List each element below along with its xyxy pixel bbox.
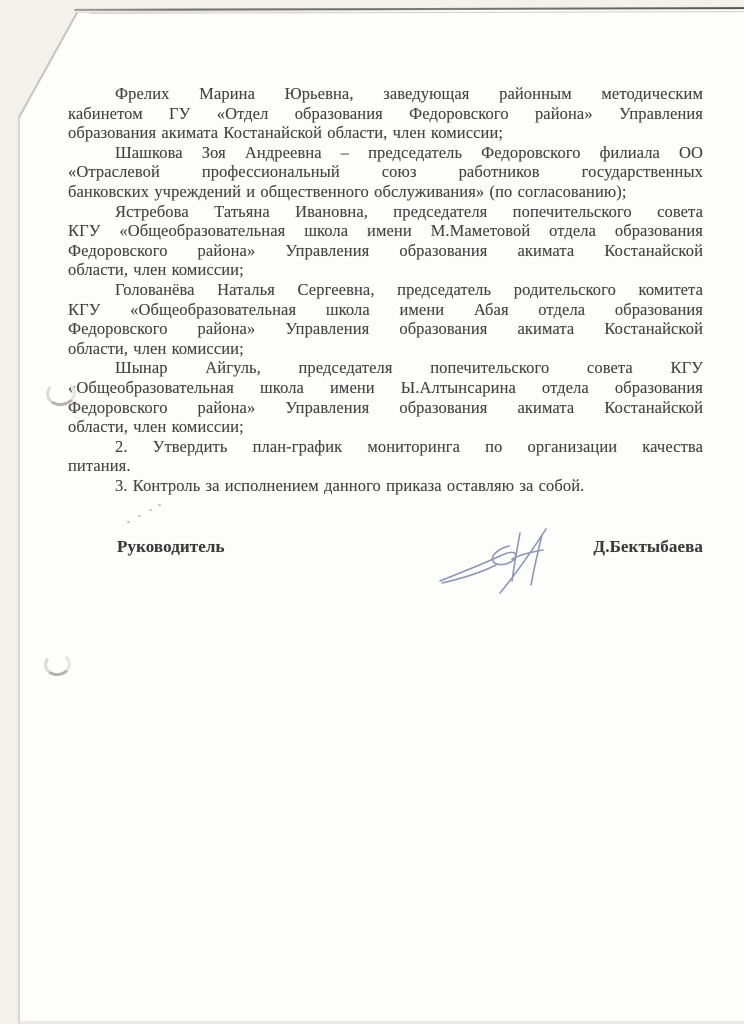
paragraph: 2. Утвердить план-график мониторинга по … (68, 437, 703, 476)
text-line: «Отраслевой профессиональный союз работн… (68, 162, 703, 182)
signature-block: Руководитель Д.Бектыбаева (68, 537, 703, 557)
paragraph: Ястребова Татьяна Ивановна, председателя… (68, 202, 703, 280)
text-line: Федоровского района» Управления образова… (68, 241, 703, 261)
text-line: Голованёва Наталья Сергеевна, председате… (68, 280, 703, 300)
paragraph: Шынар Айгуль, председателя попечительско… (68, 358, 703, 436)
text-line: Ястребова Татьяна Ивановна, председателя… (68, 202, 703, 222)
text-line: области, член комиссии; (68, 260, 703, 280)
text-line: кабинетом ГУ «Отдел образования Федоровс… (68, 104, 703, 124)
paragraph: Шашкова Зоя Андреевна – председатель Фед… (68, 143, 703, 202)
text-line: области, член комиссии; (68, 339, 703, 359)
signatory-name: Д.Бектыбаева (593, 537, 703, 557)
scanned-page: Фрелих Марина Юрьевна, заведующая районн… (0, 0, 744, 1024)
text-line: Шынар Айгуль, председателя попечительско… (68, 358, 703, 378)
text-line: банковских учреждений и общественного об… (68, 182, 703, 202)
text-line: области, член комиссии; (68, 417, 703, 437)
text-line: питания. (68, 456, 703, 476)
text-line: Федоровского района» Управления образова… (68, 398, 703, 418)
text-line: Шашкова Зоя Андреевна – председатель Фед… (68, 143, 703, 163)
text-line: 2. Утвердить план-график мониторинга по … (68, 437, 703, 457)
paper-sheet: Фрелих Марина Юрьевна, заведующая районн… (0, 0, 744, 1024)
text-line: КГУ «Общеобразовательная школа имени М.М… (68, 221, 703, 241)
text-line: Федоровского района» Управления образова… (68, 319, 703, 339)
text-line: КГУ «Общеобразовательная школа имени Аба… (68, 300, 703, 320)
text-line: «Общеобразовательная школа имени Ы.Алтын… (68, 378, 703, 398)
paragraph: 3. Контроль за исполнением данного прика… (68, 476, 703, 496)
paragraph: Фрелих Марина Юрьевна, заведующая районн… (68, 84, 703, 143)
text-line: Фрелих Марина Юрьевна, заведующая районн… (68, 84, 703, 104)
handwritten-signature (430, 517, 565, 602)
paper-left-edge-line (19, 117, 20, 1024)
document-body-text: Фрелих Марина Юрьевна, заведующая районн… (68, 84, 703, 557)
text-line: 3. Контроль за исполнением данного прика… (68, 476, 703, 496)
paragraph: Голованёва Наталья Сергеевна, председате… (68, 280, 703, 358)
text-line: образования акимата Костанайской области… (68, 123, 703, 143)
signatory-role-label: Руководитель (68, 537, 225, 557)
